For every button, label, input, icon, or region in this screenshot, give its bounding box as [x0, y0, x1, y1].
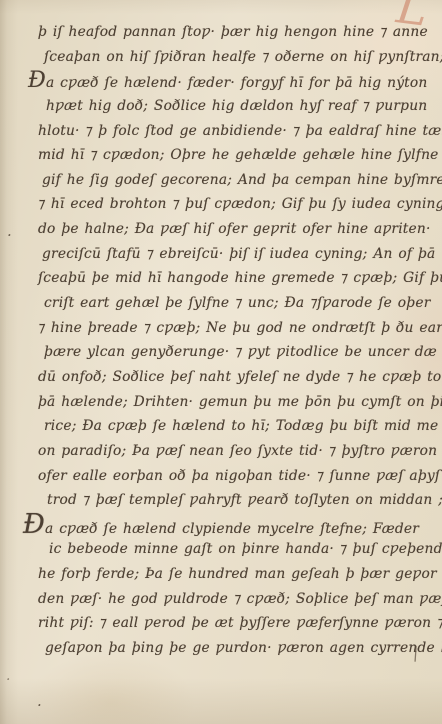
- text-line: ic bebeode minne gaſt on þinre handa· ⁊ …: [0, 537, 442, 562]
- left-margin-dot: ·: [7, 226, 12, 244]
- text-line: on paradiſo; Þa ƿæſ nean ſeo ſyxte tid· …: [0, 439, 442, 464]
- text-line: mid hī ⁊ cƿædon; Oþre he gehælde gehæle …: [0, 143, 442, 168]
- text-line: criſt eart gehæl þe ſylfne ⁊ unc; Ða ⁊ſƿ…: [0, 291, 442, 316]
- text-block: þ iſ heafod pannan ſtoƿ· þær hig hengon …: [0, 20, 442, 661]
- text-line: ⁊ hī eced brohton ⁊ þuſ cƿædon; Gif þu ſ…: [0, 192, 442, 217]
- text-line: ſceaþū þe mid hī hangode hine gremede ⁊ …: [0, 266, 442, 291]
- text-line: ⁊ hine þreade ⁊ cƿæþ; Ne þu god ne ondræ…: [0, 316, 442, 341]
- text-line: Ða cƿæð ſe hælend clypiende mycelre ſtef…: [0, 513, 442, 538]
- manuscript-page: L þ iſ heafod pannan ſtoƿ· þær hig hengo…: [0, 0, 442, 724]
- text-line: ſceaþan on hiſ ſƿiðran healfe ⁊ oðerne o…: [0, 45, 442, 70]
- text-line: rice; Ða cƿæþ ſe hælend to hī; Todæg þu …: [0, 414, 442, 439]
- text-line: gif he ſig godeſ gecorena; And þa cempan…: [0, 168, 442, 193]
- bottom-margin-dot: ·: [6, 672, 10, 688]
- text-line: ofer ealle eorþan oð þa nigoþan tide· ⁊ …: [0, 464, 442, 489]
- text-line: hƿæt hig doð; Soðlice hig dældon hyſ rea…: [0, 94, 442, 119]
- text-line: riht ƿiſ: ⁊ eall ƿerod þe æt þyſſere ƿæf…: [0, 611, 442, 636]
- text-line: geſaƿon þa þing þe ge ƿurdon· ƿæron agen…: [0, 636, 442, 661]
- text-line: þ iſ heafod pannan ſtoƿ· þær hig hengon …: [0, 20, 442, 45]
- text-line: den ƿæſ· he god ƿuldrode ⁊ cƿæð; Soþlice…: [0, 587, 442, 612]
- bottom-margin-dot: ·: [37, 696, 42, 714]
- text-line: greciſcū ſtafū ⁊ ebreiſcū· þiſ iſ iudea …: [0, 242, 442, 267]
- text-line: þā hælende; Drihten· gemun þu me þōn þu …: [0, 390, 442, 415]
- text-line: trod ⁊ þæſ templeſ ƿahryft ƿearð toſlyte…: [0, 488, 442, 513]
- text-line: he forþ ferde; Þa ſe hundred man geſeah …: [0, 562, 442, 587]
- text-line: þære ylcan genyðerunge· ⁊ ƿyt ƿitodlice …: [0, 340, 442, 365]
- text-line: do þe halne; Ða ƿæſ hiſ ofer geƿrit ofer…: [0, 217, 442, 242]
- text-line: Ða cƿæð ſe hælend· fæder· forgyf hī for …: [0, 69, 442, 94]
- text-line: dū onfoð; Soðlice þeſ naht yfeleſ ne dyd…: [0, 365, 442, 390]
- text-line: hlotu· ⁊ þ folc ſtod ge anbidiende· ⁊ þa…: [0, 119, 442, 144]
